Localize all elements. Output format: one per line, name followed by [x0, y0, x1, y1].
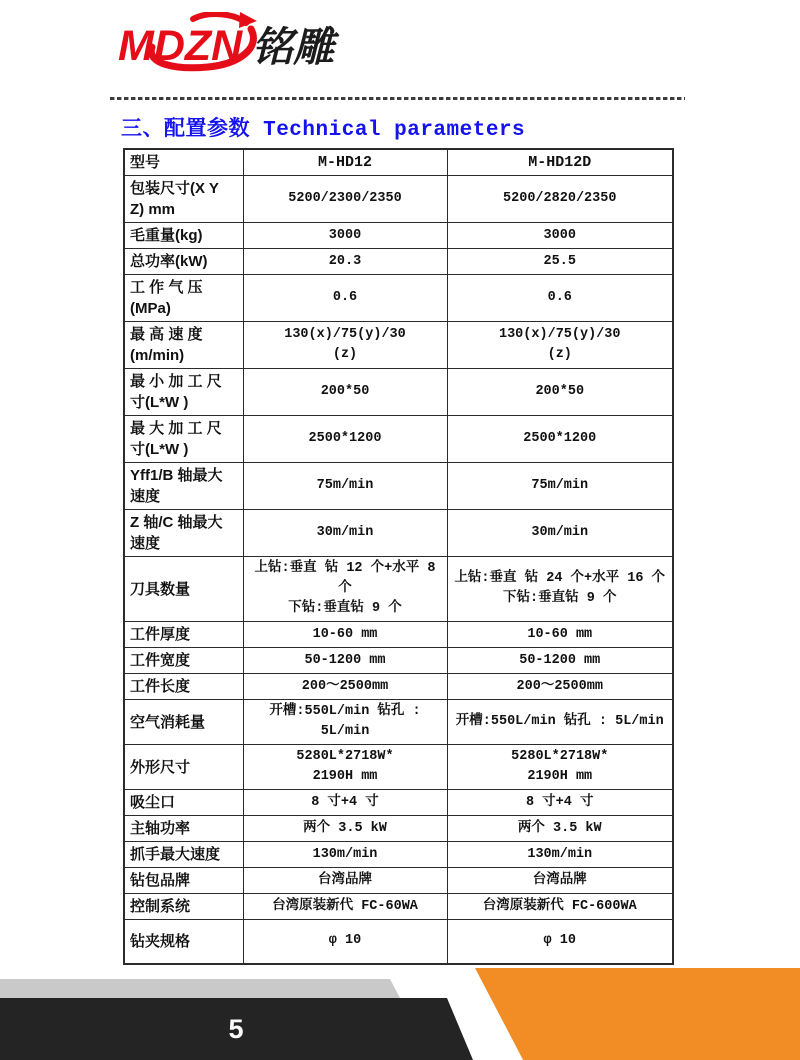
spec-label: 抓手最大速度 [124, 842, 243, 868]
spec-value: 200*50 [447, 369, 673, 416]
table-row: 钻夹规格 φ 10 φ 10 [124, 920, 673, 964]
spec-value: 10-60 mm [447, 622, 673, 648]
spec-label: 空气消耗量 [124, 700, 243, 745]
spec-label: 工件厚度 [124, 622, 243, 648]
spec-value: 200～2500mm [447, 674, 673, 700]
spec-value: 20.3 [243, 249, 447, 275]
spec-label: 刀具数量 [124, 557, 243, 622]
spec-value: 3000 [243, 223, 447, 249]
spec-value: 5280L*2718W* 2190H mm [243, 745, 447, 790]
spec-label: 工件长度 [124, 674, 243, 700]
mdzn-logo: MDZN 铭雕 [118, 12, 368, 76]
footer-orange-accent [475, 968, 800, 1060]
spec-value: 130m/min [243, 842, 447, 868]
section-title: 三、配置参数 Technical parameters [121, 112, 525, 142]
spec-value: 0.6 [447, 275, 673, 322]
spec-value: 5200/2300/2350 [243, 176, 447, 223]
spec-value: φ 10 [447, 920, 673, 964]
table-row: Z 轴/C 轴最大 速度 30m/min 30m/min [124, 510, 673, 557]
spec-value: 两个 3.5 kW [243, 816, 447, 842]
spec-label: Yff1/B 轴最大 速度 [124, 463, 243, 510]
spec-label: 外形尺寸 [124, 745, 243, 790]
spec-value: 25.5 [447, 249, 673, 275]
spec-value: 台湾品牌 [243, 868, 447, 894]
spec-value: 130m/min [447, 842, 673, 868]
spec-label: 主轴功率 [124, 816, 243, 842]
footer-gray-band [0, 979, 400, 998]
spec-value: 两个 3.5 kW [447, 816, 673, 842]
table-row: 毛重量(kg) 3000 3000 [124, 223, 673, 249]
table-row: 工 作 气 压 (MPa) 0.6 0.6 [124, 275, 673, 322]
spec-label: 毛重量(kg) [124, 223, 243, 249]
header-model-1: M-HD12 [243, 149, 447, 176]
header-model-2: M-HD12D [447, 149, 673, 176]
spec-value: 130(x)/75(y)/30 (z) [243, 322, 447, 369]
logo-brand-latin: MDZN [118, 22, 243, 70]
logo-brand-cn: 铭雕 [252, 24, 340, 70]
spec-value: 3000 [447, 223, 673, 249]
spec-value: 台湾原装新代 FC-60WA [243, 894, 447, 920]
table-row: 主轴功率 两个 3.5 kW 两个 3.5 kW [124, 816, 673, 842]
table-row: 工件宽度 50-1200 mm 50-1200 mm [124, 648, 673, 674]
spec-value: 台湾品牌 [447, 868, 673, 894]
table-row: 最 大 加 工 尺 寸(L*W ) 2500*1200 2500*1200 [124, 416, 673, 463]
spec-label: 工 作 气 压 (MPa) [124, 275, 243, 322]
table-header-row: 型号 M-HD12 M-HD12D [124, 149, 673, 176]
spec-value: φ 10 [243, 920, 447, 964]
table-row: 钻包品牌 台湾品牌 台湾品牌 [124, 868, 673, 894]
spec-label: 控制系统 [124, 894, 243, 920]
page-number: 5 [228, 1014, 244, 1045]
table-row: 最 小 加 工 尺 寸(L*W ) 200*50 200*50 [124, 369, 673, 416]
table-row: 外形尺寸 5280L*2718W* 2190H mm 5280L*2718W* … [124, 745, 673, 790]
spec-label: 最 高 速 度 (m/min) [124, 322, 243, 369]
table-row: 总功率(kW) 20.3 25.5 [124, 249, 673, 275]
table-row: 吸尘口 8 寸+4 寸 8 寸+4 寸 [124, 790, 673, 816]
spec-value: 8 寸+4 寸 [447, 790, 673, 816]
header-model-label: 型号 [124, 149, 243, 176]
spec-table: 型号 M-HD12 M-HD12D 包装尺寸(X Y Z) mm 5200/23… [123, 148, 674, 965]
footer-dark-band: 5 [0, 998, 473, 1060]
spec-value: 5200/2820/2350 [447, 176, 673, 223]
spec-label: 钻夹规格 [124, 920, 243, 964]
table-row: 刀具数量 上钻:垂直 钻 12 个+水平 8 个 下钻:垂直钻 9 个 上钻:垂… [124, 557, 673, 622]
spec-value: 50-1200 mm [447, 648, 673, 674]
spec-label: 最 小 加 工 尺 寸(L*W ) [124, 369, 243, 416]
spec-value: 开槽:550L/min 钻孔 : 5L/min [243, 700, 447, 745]
table-row: 控制系统 台湾原装新代 FC-60WA 台湾原装新代 FC-600WA [124, 894, 673, 920]
spec-label: 总功率(kW) [124, 249, 243, 275]
spec-value: 30m/min [243, 510, 447, 557]
spec-value: 200～2500mm [243, 674, 447, 700]
spec-label: 钻包品牌 [124, 868, 243, 894]
table-row: 最 高 速 度 (m/min) 130(x)/75(y)/30 (z) 130(… [124, 322, 673, 369]
table-row: 工件长度 200～2500mm 200～2500mm [124, 674, 673, 700]
spec-value: 台湾原装新代 FC-600WA [447, 894, 673, 920]
spec-value: 2500*1200 [447, 416, 673, 463]
spec-value: 10-60 mm [243, 622, 447, 648]
spec-label: 吸尘口 [124, 790, 243, 816]
spec-value: 5280L*2718W* 2190H mm [447, 745, 673, 790]
table-row: Yff1/B 轴最大 速度 75m/min 75m/min [124, 463, 673, 510]
spec-label: Z 轴/C 轴最大 速度 [124, 510, 243, 557]
spec-value: 2500*1200 [243, 416, 447, 463]
spec-sheet-page: { "logo": { "brand_latin": "MDZN", "bran… [0, 0, 800, 1060]
table-row: 空气消耗量 开槽:550L/min 钻孔 : 5L/min 开槽:550L/mi… [124, 700, 673, 745]
spec-value: 0.6 [243, 275, 447, 322]
spec-value: 开槽:550L/min 钻孔 : 5L/min [447, 700, 673, 745]
table-row: 包装尺寸(X Y Z) mm 5200/2300/2350 5200/2820/… [124, 176, 673, 223]
spec-label: 最 大 加 工 尺 寸(L*W ) [124, 416, 243, 463]
spec-value: 上钻:垂直 钻 12 个+水平 8 个 下钻:垂直钻 9 个 [243, 557, 447, 622]
table-row: 抓手最大速度 130m/min 130m/min [124, 842, 673, 868]
spec-value: 50-1200 mm [243, 648, 447, 674]
spec-value: 8 寸+4 寸 [243, 790, 447, 816]
table-row: 工件厚度 10-60 mm 10-60 mm [124, 622, 673, 648]
spec-value: 30m/min [447, 510, 673, 557]
spec-value: 130(x)/75(y)/30 (z) [447, 322, 673, 369]
spec-label: 工件宽度 [124, 648, 243, 674]
spec-value: 75m/min [447, 463, 673, 510]
spec-label: 包装尺寸(X Y Z) mm [124, 176, 243, 223]
spec-value: 上钻:垂直 钻 24 个+水平 16 个 下钻:垂直钻 9 个 [447, 557, 673, 622]
dashed-divider [110, 97, 685, 100]
spec-value: 75m/min [243, 463, 447, 510]
spec-value: 200*50 [243, 369, 447, 416]
